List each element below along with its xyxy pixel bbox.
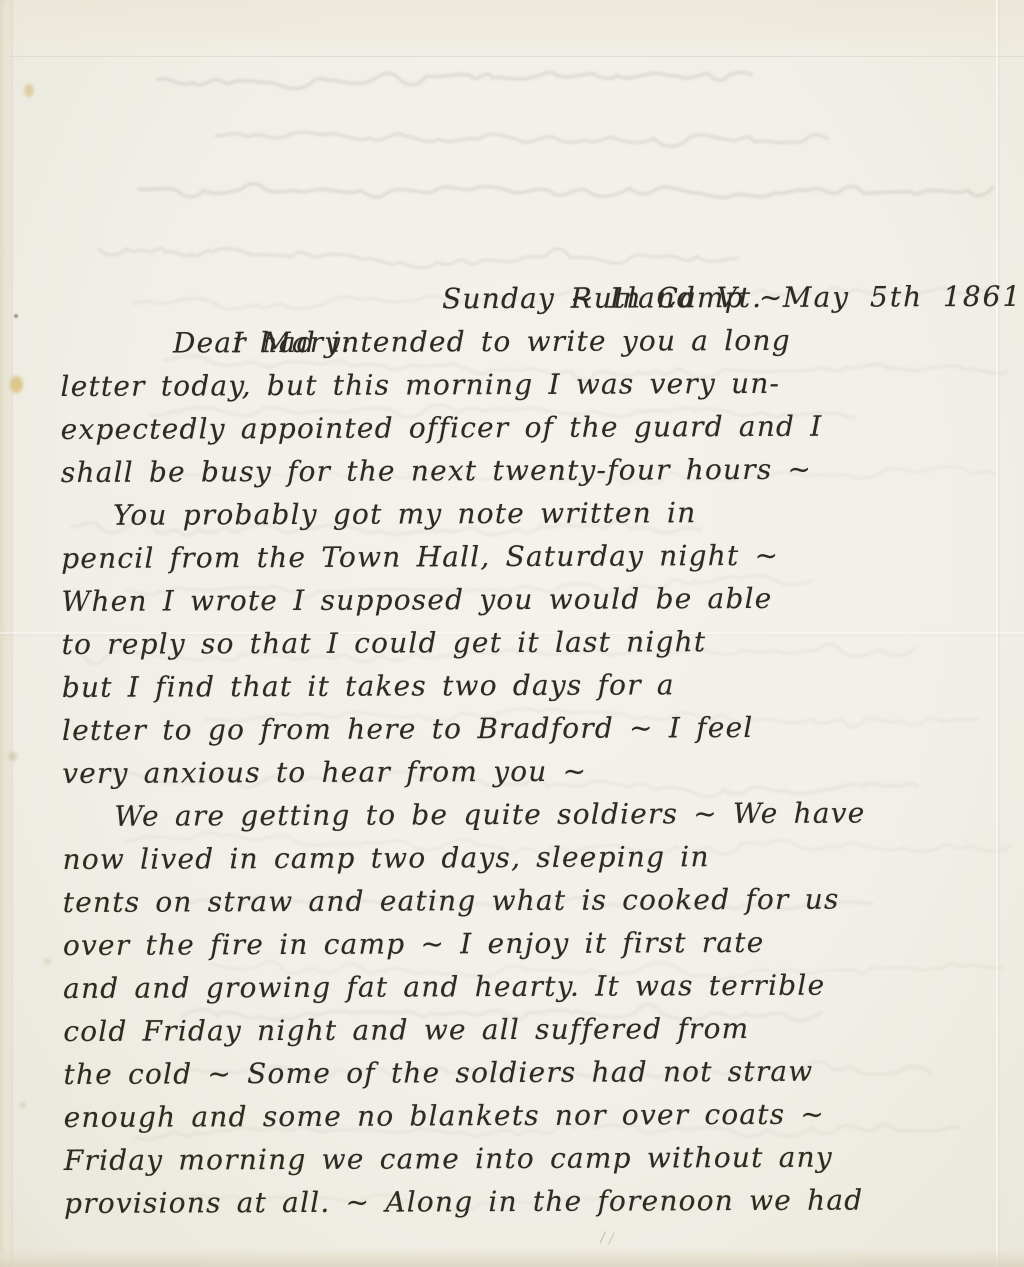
foxing-stain — [20, 1102, 26, 1108]
letter-line: but I find that it takes two days for a — [62, 662, 967, 709]
letter-line: pencil from the Town Hall, Saturday nigh… — [61, 533, 966, 580]
ghost-line — [158, 72, 752, 88]
letter-line: Friday morning we came into camp without… — [64, 1135, 969, 1182]
foxing-stain — [24, 84, 34, 97]
foxing-stain — [8, 752, 17, 761]
scanned-letter-page: Rutland Vt. May 5th 1861 Dear Mary: Sund… — [0, 0, 1024, 1267]
letter-line: shall be busy for the next twenty-four h… — [61, 447, 966, 494]
letter-line: and and growing fat and hearty. It was t… — [63, 963, 968, 1010]
letter-line: the cold ~ Some of the soldiers had not … — [63, 1049, 968, 1096]
ghost-line — [216, 132, 827, 146]
letter-line: letter to go from here to Bradford ~ I f… — [62, 705, 967, 752]
letter-line: now lived in camp two days, sleeping in — [62, 834, 967, 881]
paper-bottom-edge-shadow — [0, 1248, 1024, 1267]
ghost-line — [139, 184, 993, 198]
letter-line: When I wrote I supposed you would be abl… — [61, 576, 966, 623]
letter-line: You probably got my note written in — [113, 490, 966, 537]
letter-line: letter today, but this morning I was ver… — [60, 361, 965, 408]
letter-line: provisions at all. ~ Along in the foreno… — [64, 1178, 969, 1225]
letter-camp-note: Sunday ~ In Camp ~ — [442, 276, 784, 320]
letter-line: to reply so that I could get it last nig… — [62, 619, 967, 666]
letter-line: cold Friday night and we all suffered fr… — [63, 1006, 968, 1053]
foxing-stain — [10, 376, 23, 393]
handwritten-text: Rutland Vt. May 5th 1861 Dear Mary: Sund… — [60, 232, 969, 1225]
letter-line: expectedly appointed officer of the guar… — [61, 404, 966, 451]
letter-line: We are getting to be quite soldiers ~ We… — [114, 791, 967, 838]
ink-speck — [14, 314, 18, 318]
letter-line: very anxious to hear from you ~ — [62, 748, 967, 795]
foxing-stain — [44, 958, 51, 965]
letter-line: enough and some no blankets nor over coa… — [64, 1092, 969, 1139]
letter-salutation: Dear Mary: — [173, 326, 352, 360]
letter-body: I had intended to write you a longletter… — [60, 318, 969, 1225]
letter-line: tents on straw and eating what is cooked… — [63, 877, 968, 924]
letter-line: over the fire in camp ~ I enjoy it first… — [63, 920, 968, 967]
